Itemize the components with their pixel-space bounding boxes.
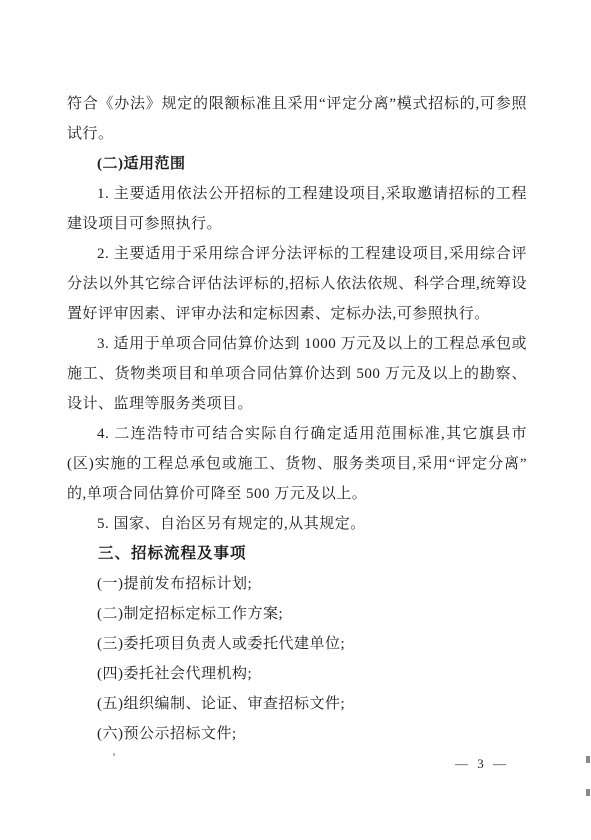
numbered-item-1: 1. 主要适用依法公开招标的工程建设项目,采取邀请招标的工程建设项目可参照执行。 [67, 179, 527, 239]
list-item-5: (五)组织编制、论证、审查招标文件; [67, 689, 527, 719]
numbered-item-4: 4. 二连浩特市可结合实际自行确定适用范围标准,其它旗县市(区)实施的工程总承包… [67, 419, 527, 509]
scan-artifact-edge-mark [586, 756, 590, 763]
document-body: 符合《办法》规定的限额标准且采用“评定分离”模式招标的,可参照试行。 (二)适用… [67, 89, 527, 772]
scan-artifact-dot [113, 753, 115, 756]
list-item-6: (六)预公示招标文件; [67, 719, 527, 749]
list-item-2: (二)制定招标定标工作方案; [67, 599, 527, 629]
list-item-4: (四)委托社会代理机构; [67, 659, 527, 689]
numbered-item-5: 5. 国家、自治区另有规定的,从其规定。 [67, 509, 527, 539]
document-page: 符合《办法》规定的限额标准且采用“评定分离”模式招标的,可参照试行。 (二)适用… [0, 0, 591, 840]
list-item-1: (一)提前发布招标计划; [67, 569, 527, 599]
page-number: — 3 — [67, 756, 527, 772]
list-item-3: (三)委托项目负责人或委托代建单位; [67, 629, 527, 659]
scan-artifact-edge-mark [586, 789, 590, 796]
paragraph-continuation: 符合《办法》规定的限额标准且采用“评定分离”模式招标的,可参照试行。 [67, 89, 527, 149]
subsection-heading-scope: (二)适用范围 [67, 149, 527, 179]
numbered-item-2: 2. 主要适用于采用综合评分法评标的工程建设项目,采用综合评分法以外其它综合评估… [67, 239, 527, 329]
section-heading-process: 三、招标流程及事项 [67, 539, 527, 569]
numbered-item-3: 3. 适用于单项合同估算价达到 1000 万元及以上的工程总承包或施工、货物类项… [67, 329, 527, 419]
